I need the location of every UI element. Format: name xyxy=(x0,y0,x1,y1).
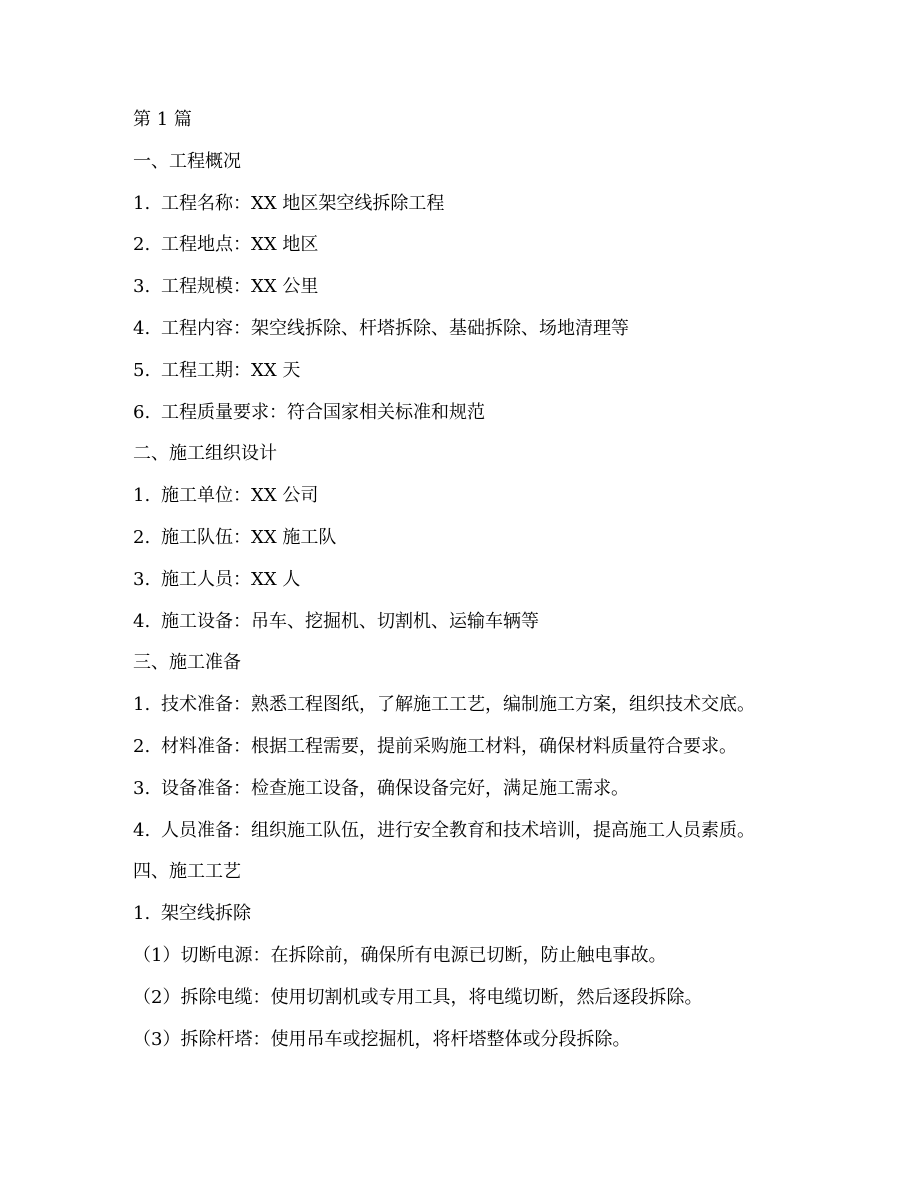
sub-list-item: （1）切断电源：在拆除前，确保所有电源已切断，防止触电事故。 xyxy=(133,935,833,977)
item-number: 1. xyxy=(133,475,161,517)
sub-item-text: 拆除电缆：使用切割机或专用工具，将电缆切断，然后逐段拆除。 xyxy=(180,987,702,1008)
list-item: 3.工程规模：XX 公里 xyxy=(133,266,833,308)
section-heading-process: 四、施工工艺 xyxy=(133,851,833,893)
item-text: 施工设备：吊车、挖掘机、切割机、运输车辆等 xyxy=(161,611,539,632)
item-number: 6. xyxy=(133,392,161,434)
item-number: 3. xyxy=(133,768,161,810)
section-heading-organization: 二、施工组织设计 xyxy=(133,433,833,475)
item-text: 工程规模：XX 公里 xyxy=(161,276,318,297)
list-item: 1.施工单位：XX 公司 xyxy=(133,475,833,517)
item-text: 人员准备：组织施工队伍，进行安全教育和技术培训，提高施工人员素质。 xyxy=(161,820,755,841)
item-number: 3. xyxy=(133,559,161,601)
list-item: 1.工程名称：XX 地区架空线拆除工程 xyxy=(133,183,833,225)
sub-item-number: （3） xyxy=(133,1019,180,1061)
list-item: 6.工程质量要求：符合国家相关标准和规范 xyxy=(133,392,833,434)
list-item: 1.架空线拆除 xyxy=(133,893,833,935)
item-number: 4. xyxy=(133,308,161,350)
document-page: 第 1 篇 一、工程概况 1.工程名称：XX 地区架空线拆除工程 2.工程地点：… xyxy=(133,99,833,1060)
sub-item-text: 切断电源：在拆除前，确保所有电源已切断，防止触电事故。 xyxy=(180,945,666,966)
item-text: 工程质量要求：符合国家相关标准和规范 xyxy=(161,402,485,423)
list-item: 3.设备准备：检查施工设备，确保设备完好，满足施工需求。 xyxy=(133,768,833,810)
sub-list-item: （2）拆除电缆：使用切割机或专用工具，将电缆切断，然后逐段拆除。 xyxy=(133,977,833,1019)
list-item: 5.工程工期：XX 天 xyxy=(133,350,833,392)
item-text: 工程工期：XX 天 xyxy=(161,360,300,381)
list-item: 3.施工人员：XX 人 xyxy=(133,559,833,601)
item-text: 材料准备：根据工程需要，提前采购施工材料，确保材料质量符合要求。 xyxy=(161,736,737,757)
document-title: 第 1 篇 xyxy=(133,99,833,141)
item-number: 2. xyxy=(133,726,161,768)
item-text: 技术准备：熟悉工程图纸，了解施工工艺，编制施工方案，组织技术交底。 xyxy=(161,694,755,715)
item-text: 工程名称：XX 地区架空线拆除工程 xyxy=(161,193,444,214)
list-item: 4.人员准备：组织施工队伍，进行安全教育和技术培训，提高施工人员素质。 xyxy=(133,810,833,852)
item-text: 工程地点：XX 地区 xyxy=(161,234,318,255)
item-number: 1. xyxy=(133,684,161,726)
list-item: 4.施工设备：吊车、挖掘机、切割机、运输车辆等 xyxy=(133,601,833,643)
item-number: 4. xyxy=(133,810,161,852)
item-text: 设备准备：检查施工设备，确保设备完好，满足施工需求。 xyxy=(161,778,629,799)
sub-item-text: 拆除杆塔：使用吊车或挖掘机，将杆塔整体或分段拆除。 xyxy=(180,1029,630,1050)
item-number: 1. xyxy=(133,183,161,225)
item-number: 1. xyxy=(133,893,161,935)
item-text: 施工单位：XX 公司 xyxy=(161,485,318,506)
section-heading-preparation: 三、施工准备 xyxy=(133,642,833,684)
sub-item-number: （2） xyxy=(133,977,180,1019)
list-item: 2.工程地点：XX 地区 xyxy=(133,224,833,266)
sub-item-number: （1） xyxy=(133,935,180,977)
list-item: 2.材料准备：根据工程需要，提前采购施工材料，确保材料质量符合要求。 xyxy=(133,726,833,768)
item-number: 3. xyxy=(133,266,161,308)
item-number: 4. xyxy=(133,601,161,643)
sub-list-item: （3）拆除杆塔：使用吊车或挖掘机，将杆塔整体或分段拆除。 xyxy=(133,1019,833,1061)
item-number: 2. xyxy=(133,517,161,559)
item-text: 架空线拆除 xyxy=(161,903,251,924)
item-text: 工程内容：架空线拆除、杆塔拆除、基础拆除、场地清理等 xyxy=(161,318,629,339)
list-item: 2.施工队伍：XX 施工队 xyxy=(133,517,833,559)
list-item: 4.工程内容：架空线拆除、杆塔拆除、基础拆除、场地清理等 xyxy=(133,308,833,350)
item-text: 施工人员：XX 人 xyxy=(161,569,300,590)
item-number: 2. xyxy=(133,224,161,266)
section-heading-overview: 一、工程概况 xyxy=(133,141,833,183)
list-item: 1.技术准备：熟悉工程图纸，了解施工工艺，编制施工方案，组织技术交底。 xyxy=(133,684,833,726)
item-text: 施工队伍：XX 施工队 xyxy=(161,527,336,548)
item-number: 5. xyxy=(133,350,161,392)
